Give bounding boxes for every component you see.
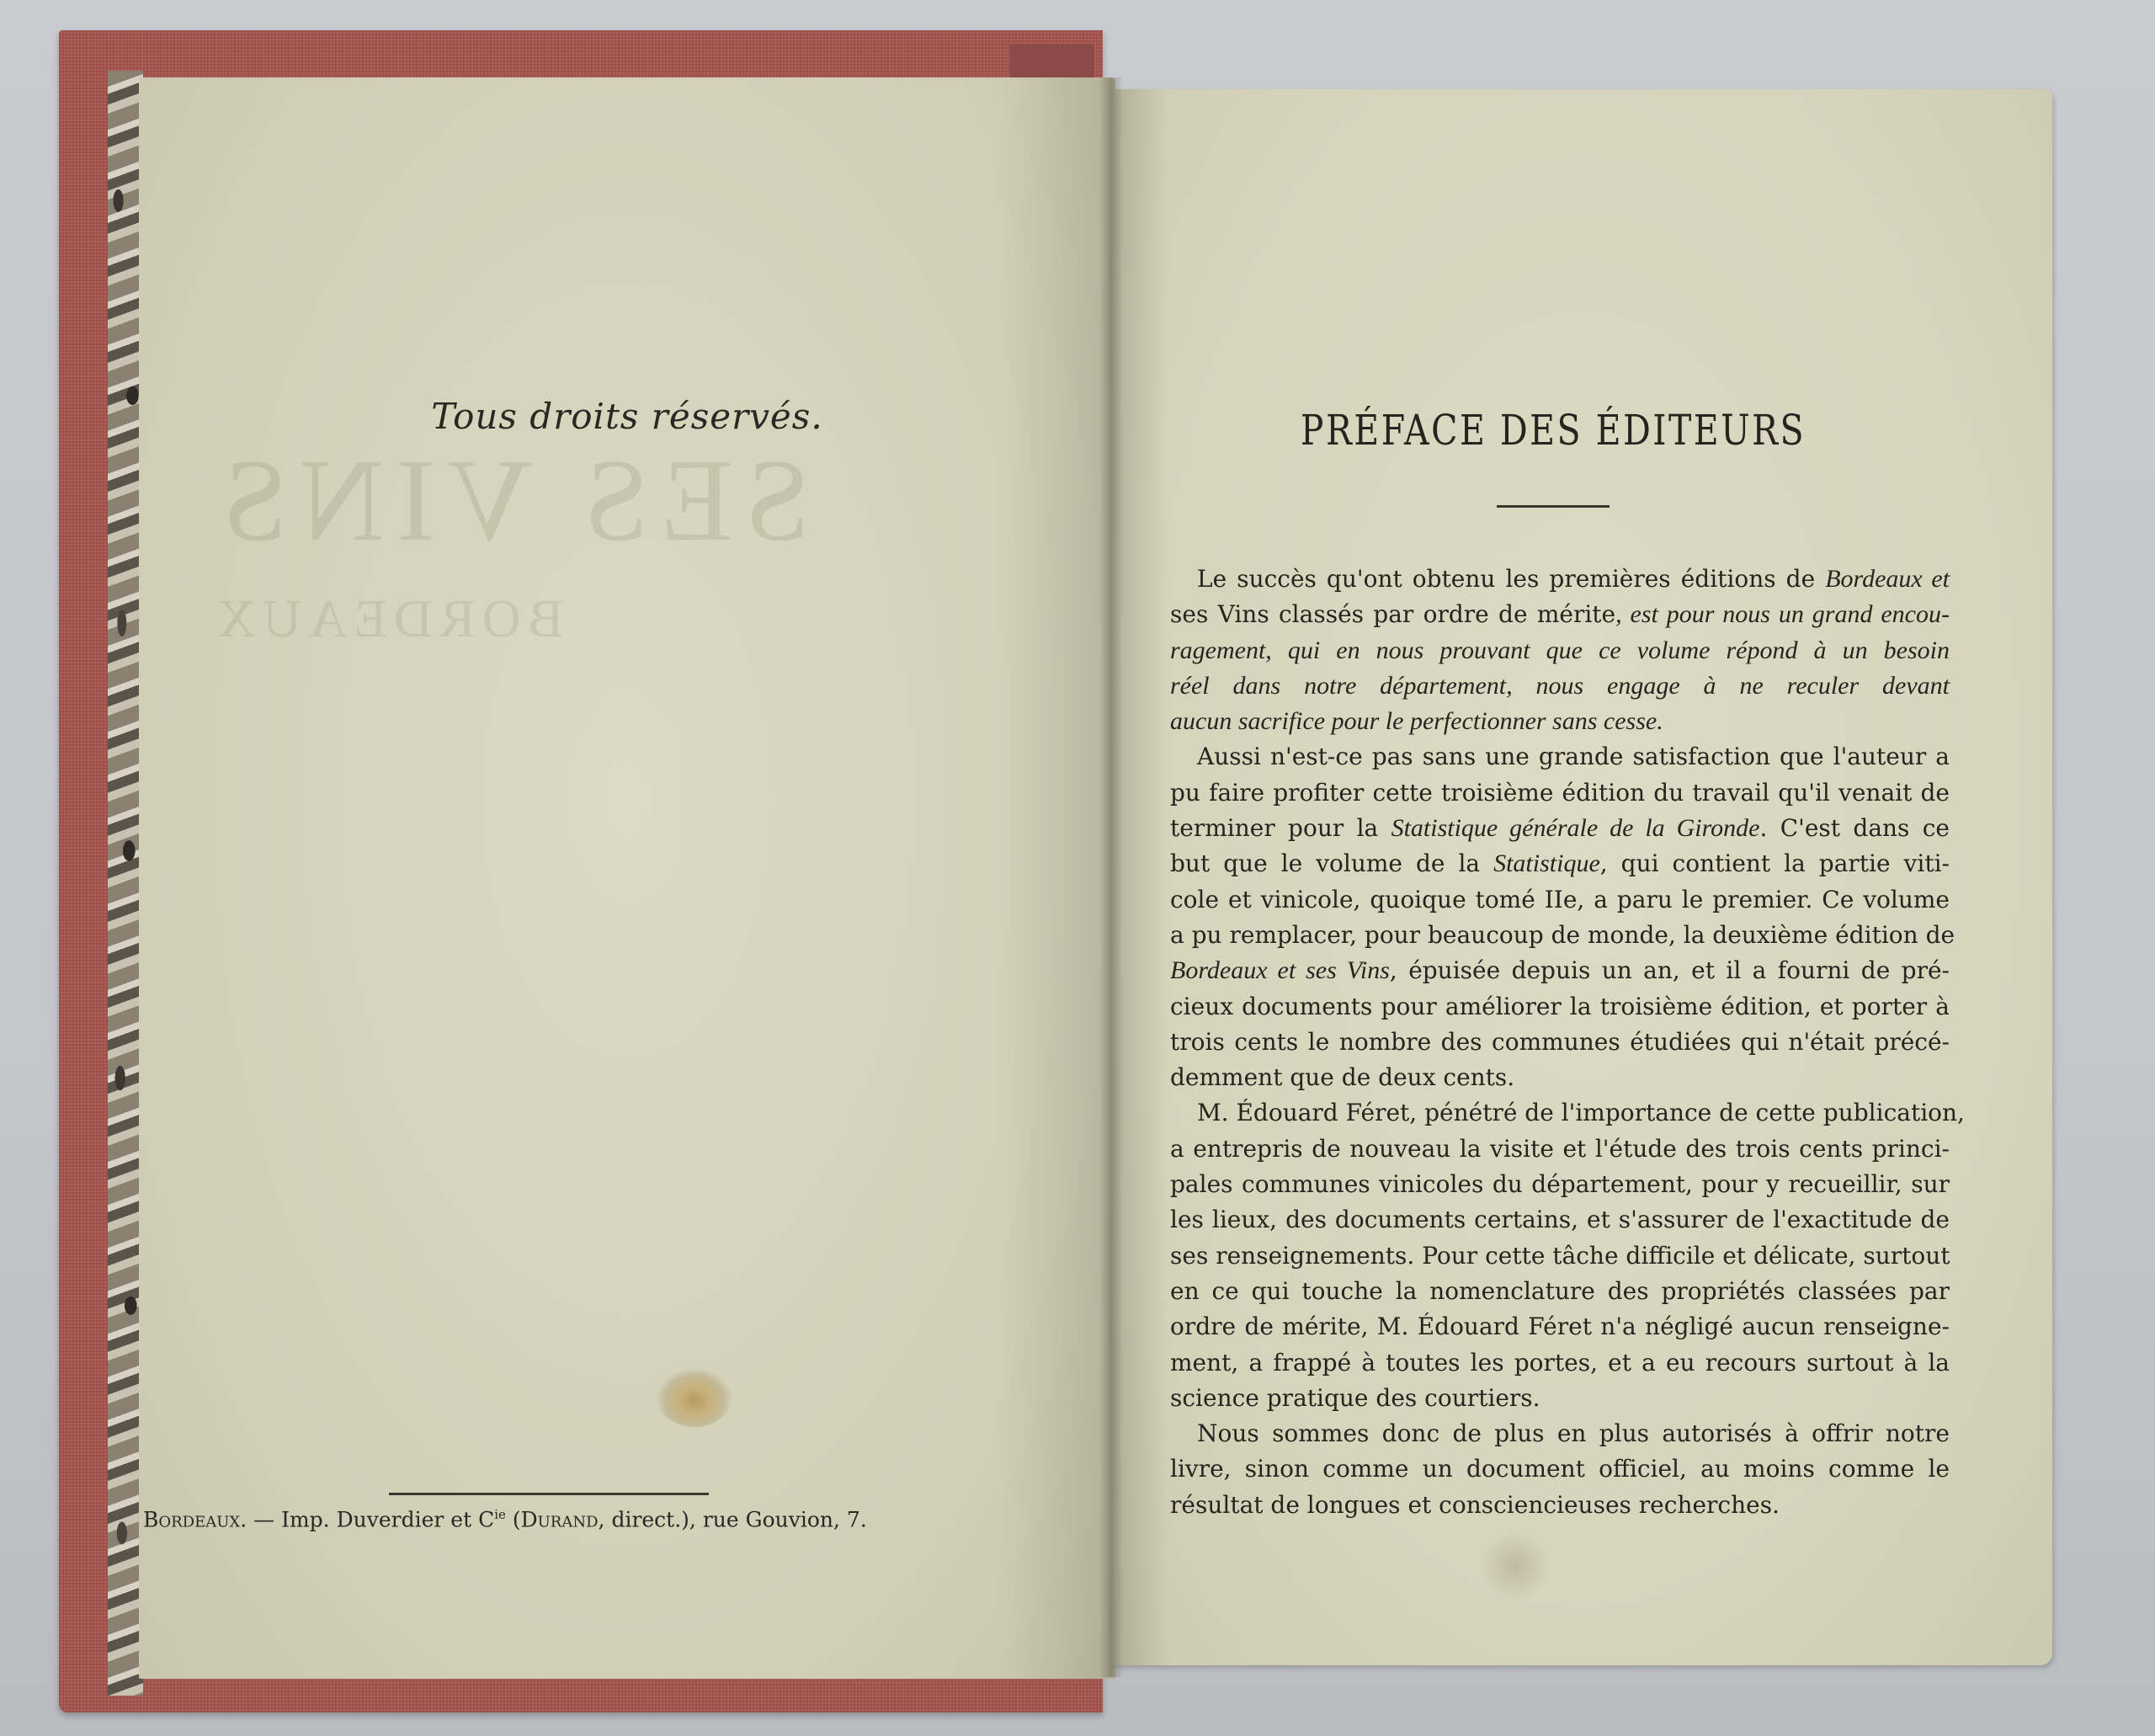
- text-line: M. Édouard Féret, pénétré de l'importanc…: [1170, 1095, 1950, 1131]
- text-line: Nous sommes donc de plus en plus autoris…: [1170, 1416, 1950, 1451]
- text-line: ordre de mérite, M. Édouard Féret n'a né…: [1170, 1309, 1950, 1345]
- show-through-text: SES VINS BORDEAUX: [210, 337, 968, 1431]
- title-rule: [1497, 505, 1610, 508]
- text-line: terminer pour la Statistique générale de…: [1170, 811, 1950, 846]
- text-line: réel dans notre département, nous engage…: [1170, 668, 1950, 704]
- preface-paragraph: Le succès qu'ont obtenu les premières éd…: [1170, 562, 1950, 739]
- text-line: livre, sinon comme un document officiel,…: [1170, 1451, 1950, 1487]
- text-line: ment, a frappé à toutes les portes, et a…: [1170, 1345, 1950, 1381]
- text-line: les lieux, des documents certains, et s'…: [1170, 1202, 1950, 1238]
- imprint-director-name: Durand: [521, 1507, 599, 1531]
- text-line: pu faire profiter cette troisième éditio…: [1170, 775, 1950, 811]
- text-line: Bordeaux et ses Vins, épuisée depuis un …: [1170, 953, 1950, 988]
- text-line: science pratique des courtiers.: [1170, 1381, 1950, 1416]
- imprint-city: Bordeaux: [143, 1507, 240, 1531]
- imprint-director-rest: , direct.), rue Gouvion, 7.: [599, 1507, 867, 1531]
- preface-paragraph: Nous sommes donc de plus en plus autoris…: [1170, 1416, 1950, 1523]
- text-line: Le succès qu'ont obtenu les premières éd…: [1170, 562, 1950, 597]
- text-line: trois cents le nombre des communes étudi…: [1170, 1025, 1950, 1060]
- text-line: ses Vins classés par ordre de mérite, es…: [1170, 597, 1950, 632]
- text-line: aucun sacrifice pour le perfectionner sa…: [1170, 704, 1950, 739]
- text-line: ragement, qui en nous prouvant que ce vo…: [1170, 633, 1950, 668]
- text-line: ses renseignements. Pour cette tâche dif…: [1170, 1238, 1950, 1274]
- rights-notice: Tous droits réservés.: [139, 396, 1115, 437]
- text-line: Aussi n'est-ce pas sans une grande satis…: [1170, 739, 1950, 775]
- imprint-separator: . —: [240, 1507, 281, 1531]
- imprint-superscript: ie: [494, 1507, 506, 1522]
- open-book: SES VINS BORDEAUX Tous droits réservés. …: [0, 0, 2155, 1736]
- text-line: pales communes vinicoles du département,…: [1170, 1167, 1950, 1202]
- imprint-rule: [389, 1493, 709, 1495]
- text-line: résultat de longues et consciencieuses r…: [1170, 1488, 1950, 1523]
- paper-stain-faint: [1482, 1532, 1549, 1600]
- preface-title: PRÉFACE DES ÉDITEURS: [1198, 406, 1909, 455]
- marbled-endpaper: [108, 71, 143, 1696]
- preface-paragraph: Aussi n'est-ce pas sans une grande satis…: [1170, 739, 1950, 1095]
- text-line: a pu remplacer, pour beaucoup de monde, …: [1170, 918, 1950, 953]
- imprint-director-open: (: [506, 1507, 521, 1531]
- text-line: en ce qui touche la nomenclature des pro…: [1170, 1274, 1950, 1309]
- text-line: but que le volume de la Statistique, qui…: [1170, 846, 1950, 881]
- book-gutter: [1099, 77, 1123, 1677]
- preface-body: Le succès qu'ont obtenu les premières éd…: [1170, 562, 1950, 1523]
- text-line: cole et vinicole, quoique tomé IIe, a pa…: [1170, 882, 1950, 918]
- preface-paragraph: M. Édouard Féret, pénétré de l'importanc…: [1170, 1095, 1950, 1416]
- imprint-printer: Imp. Duverdier et C: [281, 1507, 494, 1531]
- printer-imprint: Bordeaux. — Imp. Duverdier et Cie (Duran…: [143, 1507, 985, 1531]
- text-line: demment que de deux cents.: [1170, 1060, 1950, 1095]
- text-line: a entrepris de nouveau la visite et l'ét…: [1170, 1132, 1950, 1167]
- paper-stain: [657, 1368, 732, 1427]
- text-line: cieux documents pour améliorer la troisi…: [1170, 989, 1950, 1025]
